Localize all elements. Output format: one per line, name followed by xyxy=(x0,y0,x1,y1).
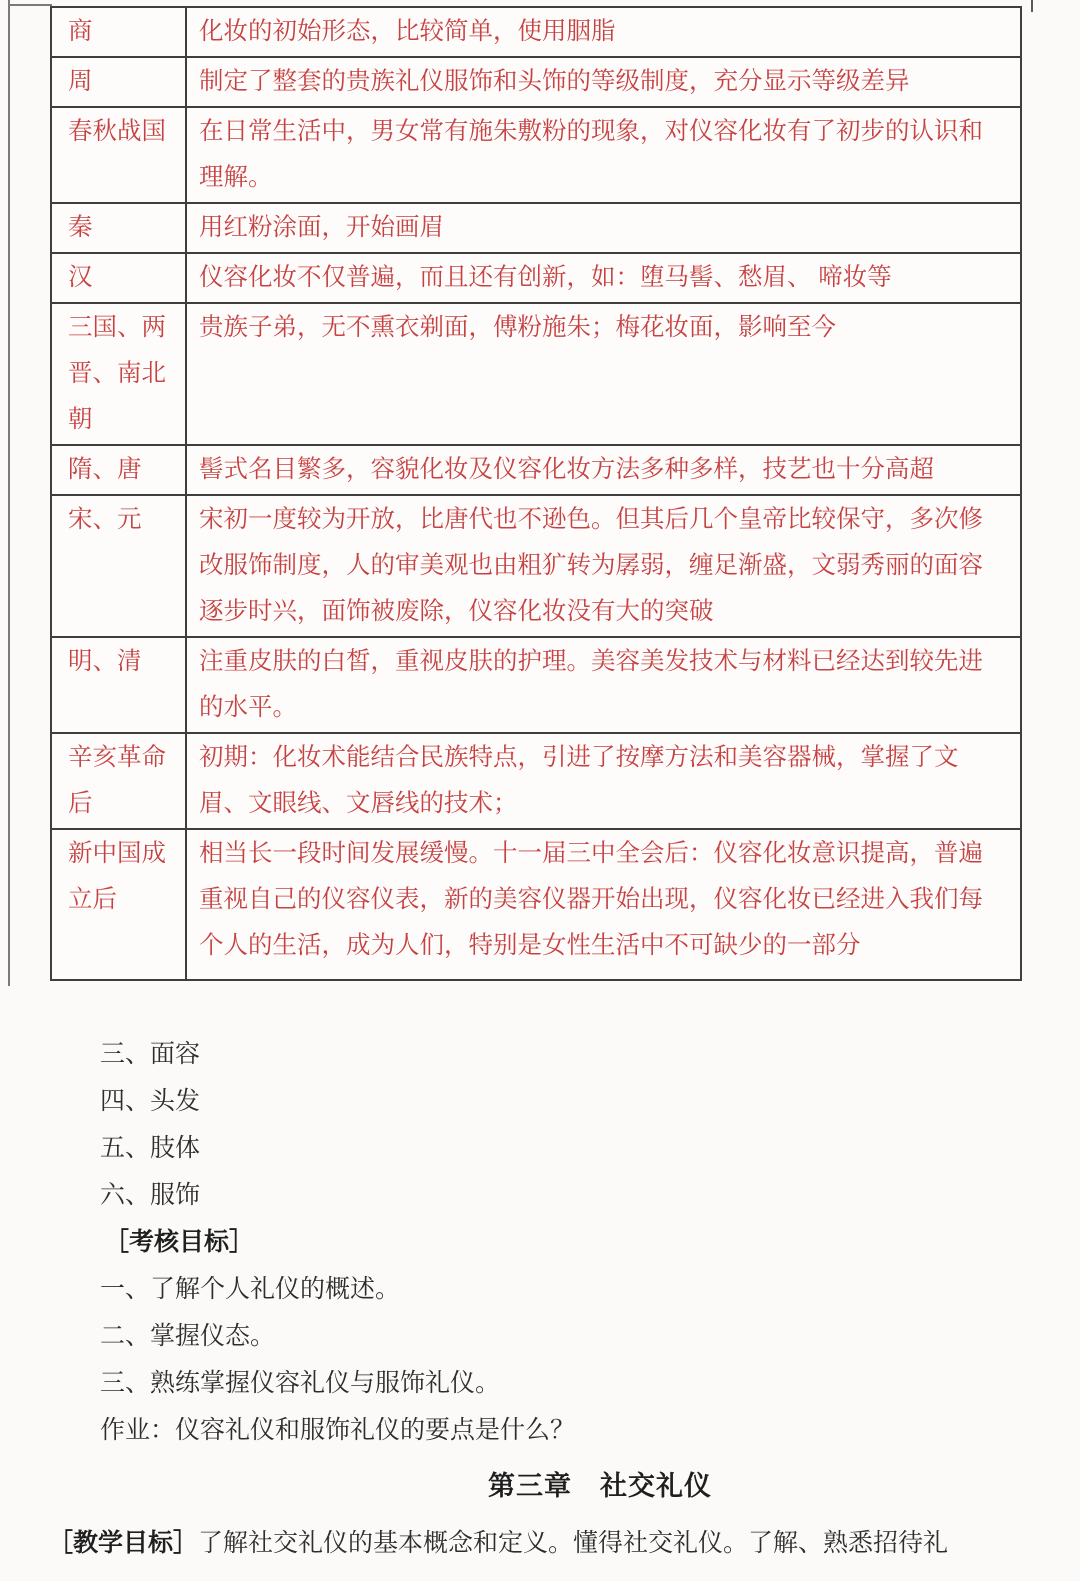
description-cell: 宋初一度较为开放，比唐代也不逊色。但其后几个皇帝比较保守，多次修改服饰制度，人的… xyxy=(186,495,1021,637)
outline-item-dress: 六、服饰 xyxy=(100,1172,1080,1219)
table-row: 秦 用红粉涂面，开始画眉 xyxy=(51,203,1021,253)
period-cell: 隋、唐 xyxy=(51,445,186,495)
description-cell: 仪容化妆不仅普遍，而且还有创新，如：堕马髻、愁眉、 啼妆等 xyxy=(186,253,1021,303)
period-cell: 宋、元 xyxy=(51,495,186,637)
teaching-goals-label: ［教学目标］ xyxy=(48,1529,198,1557)
description-cell: 髻式名目繁多，容貌化妆及仪容化妆方法多种多样，技艺也十分高超 xyxy=(186,445,1021,495)
outline-item-hair: 四、头发 xyxy=(100,1078,1080,1125)
description-cell: 注重皮肤的白皙，重视皮肤的护理。美容美发技术与材料已经达到较先进的水平。 xyxy=(186,637,1021,733)
description-cell: 相当长一段时间发展缓慢。十一届三中全会后：仪容化妆意识提高，普遍重视自己的仪容仪… xyxy=(186,829,1021,980)
outline-item-body: 五、肢体 xyxy=(100,1125,1080,1172)
description-cell: 化妆的初始形态，比较简单，使用胭脂 xyxy=(186,7,1021,57)
table-row: 辛亥革命后 初期：化妆术能结合民族特点，引进了按摩方法和美容器械，掌握了文眉、文… xyxy=(51,733,1021,829)
table-row: 汉 仪容化妆不仅普遍，而且还有创新，如：堕马髻、愁眉、 啼妆等 xyxy=(51,253,1021,303)
assessment-item-2: 二、掌握仪态。 xyxy=(100,1313,1080,1360)
period-cell: 春秋战国 xyxy=(51,107,186,203)
table-row: 周 制定了整套的贵族礼仪服饰和头饰的等级制度，充分显示等级差异 xyxy=(51,57,1021,107)
period-cell: 商 xyxy=(51,7,186,57)
history-table-body: 商 化妆的初始形态，比较简单，使用胭脂 周 制定了整套的贵族礼仪服饰和头饰的等级… xyxy=(51,7,1021,980)
period-cell: 三国、两晋、南北朝 xyxy=(51,303,186,445)
outline-list: 三、面容 四、头发 五、肢体 六、服饰 xyxy=(0,1031,1080,1219)
makeup-history-table: 商 化妆的初始形态，比较简单，使用胭脂 周 制定了整套的贵族礼仪服饰和头饰的等级… xyxy=(50,6,1022,981)
description-cell: 制定了整套的贵族礼仪服饰和头饰的等级制度，充分显示等级差异 xyxy=(186,57,1021,107)
assessment-list: 一、了解个人礼仪的概述。 二、掌握仪态。 三、熟练掌握仪容礼仪与服饰礼仪。 作业… xyxy=(0,1266,1080,1454)
assessment-item-1: 一、了解个人礼仪的概述。 xyxy=(100,1266,1080,1313)
chapter-heading: 第三章 社交礼仪 xyxy=(0,1460,1080,1512)
table-artifact-stub xyxy=(1031,0,1033,12)
period-cell: 明、清 xyxy=(51,637,186,733)
table-row: 三国、两晋、南北朝 贵族子弟，无不熏衣剃面，傅粉施朱；梅花妆面，影响至今 xyxy=(51,303,1021,445)
table-top-artifact-line xyxy=(8,4,52,6)
period-cell: 辛亥革命后 xyxy=(51,733,186,829)
table-row: 新中国成立后 相当长一段时间发展缓慢。十一届三中全会后：仪容化妆意识提高，普遍重… xyxy=(51,829,1021,980)
assessment-goals-heading: ［考核目标］ xyxy=(104,1219,1080,1266)
homework-line: 作业：仪容礼仪和服饰礼仪的要点是什么？ xyxy=(100,1407,1080,1454)
description-cell: 在日常生活中，男女常有施朱敷粉的现象，对仪容化妆有了初步的认识和理解。 xyxy=(186,107,1021,203)
table-row: 商 化妆的初始形态，比较简单，使用胭脂 xyxy=(51,7,1021,57)
teaching-goals-paragraph: ［教学目标］了解社交礼仪的基本概念和定义。懂得社交礼仪。了解、熟悉招待礼 xyxy=(48,1520,1028,1567)
period-cell: 秦 xyxy=(51,203,186,253)
table-row: 春秋战国 在日常生活中，男女常有施朱敷粉的现象，对仪容化妆有了初步的认识和理解。 xyxy=(51,107,1021,203)
table-row: 宋、元 宋初一度较为开放，比唐代也不逊色。但其后几个皇帝比较保守，多次修改服饰制… xyxy=(51,495,1021,637)
outline-item-face: 三、面容 xyxy=(100,1031,1080,1078)
document-page: 商 化妆的初始形态，比较简单，使用胭脂 周 制定了整套的贵族礼仪服饰和头饰的等级… xyxy=(0,0,1080,1581)
description-cell: 用红粉涂面，开始画眉 xyxy=(186,203,1021,253)
period-cell: 新中国成立后 xyxy=(51,829,186,980)
description-cell: 初期：化妆术能结合民族特点，引进了按摩方法和美容器械，掌握了文眉、文眼线、文唇线… xyxy=(186,733,1021,829)
period-cell: 周 xyxy=(51,57,186,107)
period-cell: 汉 xyxy=(51,253,186,303)
teaching-goals-text: 了解社交礼仪的基本概念和定义。懂得社交礼仪。了解、熟悉招待礼 xyxy=(198,1529,948,1557)
table-row: 隋、唐 髻式名目繁多，容貌化妆及仪容化妆方法多种多样，技艺也十分高超 xyxy=(51,445,1021,495)
assessment-item-3: 三、熟练掌握仪容礼仪与服饰礼仪。 xyxy=(100,1360,1080,1407)
description-cell: 贵族子弟，无不熏衣剃面，傅粉施朱；梅花妆面，影响至今 xyxy=(186,303,1021,445)
page-margin-line xyxy=(8,0,10,986)
table-row: 明、清 注重皮肤的白皙，重视皮肤的护理。美容美发技术与材料已经达到较先进的水平。 xyxy=(51,637,1021,733)
